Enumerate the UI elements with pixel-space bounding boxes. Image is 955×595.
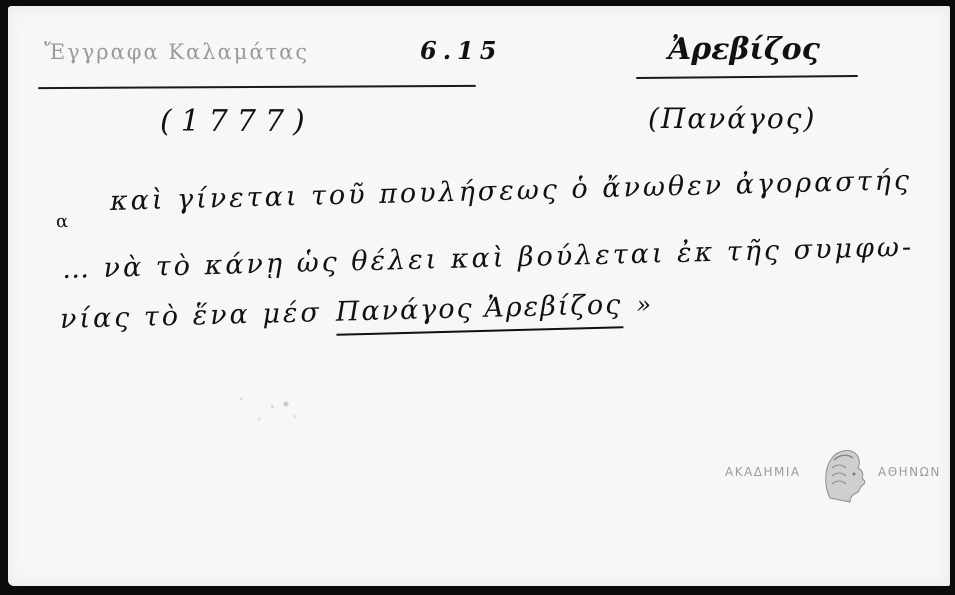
watermark-academy-text: ΑΚΑΔΗΜΙΑ [725, 465, 801, 479]
paper-speckle [223, 384, 313, 434]
handwritten-reference-number: 6.15 [420, 36, 502, 65]
underlined-name: Πανάγος Ἀρεβίζος [335, 289, 623, 335]
header-right-underline [636, 75, 858, 79]
transcript-line-3: νίας τὸ ἕνα μέσ Πανάγος Ἀρεβίζος » [60, 289, 652, 335]
transcript-line-3-start: νίας τὸ ἕνα μέσ [60, 297, 323, 335]
given-name: (Πανάγος) [648, 102, 816, 135]
transcript-line-2: … νὰ τὸ κάνῃ ὡς θέλει καὶ βούλεται ἐκ τῆ… [62, 232, 915, 285]
athena-head-emblem-icon [820, 446, 870, 506]
line-marker: α [56, 211, 68, 232]
surname-heading: Ἀρεβίζος [668, 32, 820, 67]
index-card: Ἔγγραφα Καλαμάτας 6.15 (1777) Ἀρεβίζος (… [8, 6, 950, 586]
typed-collection-title: Ἔγγραφα Καλαμάτας [44, 40, 309, 64]
watermark-athens-text: ΑΘΗΝΩΝ [878, 465, 941, 479]
header-left-underline [38, 85, 476, 89]
transcript-line-1: καὶ γίνεται τοῦ πουλήσεως ὁ ἄνωθεν ἀγορα… [110, 165, 913, 217]
closing-quote: » [636, 291, 651, 319]
document-year: (1777) [160, 104, 314, 139]
